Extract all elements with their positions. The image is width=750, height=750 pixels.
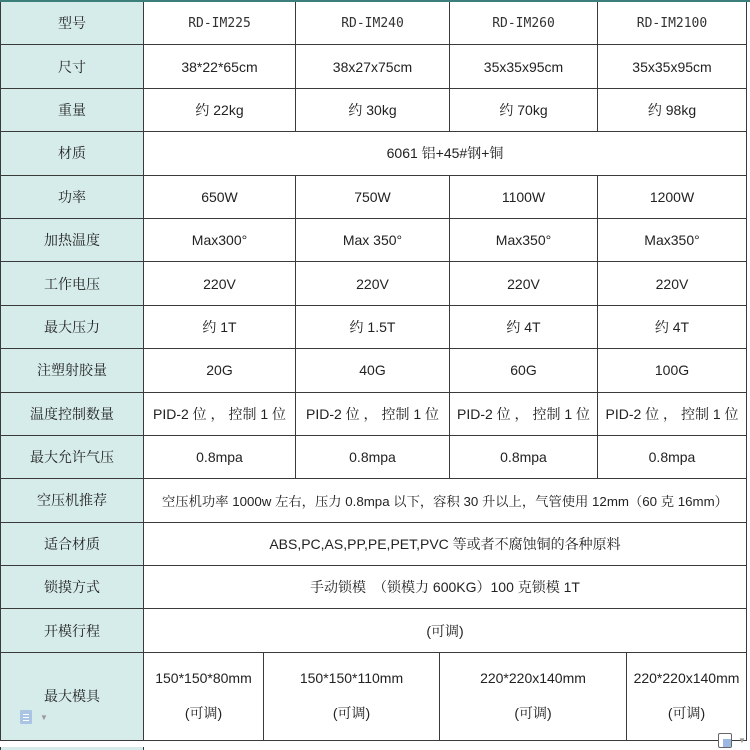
- row-label: 型号: [0, 2, 144, 44]
- value-cell: 0.8mpa: [450, 436, 598, 478]
- value-cell: 20G: [144, 349, 296, 391]
- table-row-power: 功率 650W 750W 1100W 1200W: [0, 176, 747, 219]
- value-cell: 60G: [450, 349, 598, 391]
- table-row-mold-stroke: 开模行程 (可调): [0, 609, 747, 652]
- table-row-voltage: 工作电压 220V 220V 220V 220V: [0, 262, 747, 305]
- model-cell: RD-IM240: [296, 2, 450, 44]
- row-label: 最大压力: [0, 306, 144, 348]
- table-row-suitable-materials: 适合材质 ABS,PC,AS,PP,PE,PET,PVC 等或者不腐蚀铜的各种原…: [0, 523, 747, 566]
- value-cell: 0.8mpa: [598, 436, 747, 478]
- mold-cell: 220*220x140mm (可调): [627, 653, 747, 740]
- model-cell: RD-IM260: [450, 2, 598, 44]
- value-cell: 约 4T: [598, 306, 747, 348]
- value-cell: 约 1T: [144, 306, 296, 348]
- table-row-heating-temp: 加热温度 Max300° Max 350° Max350° Max350°: [0, 219, 747, 262]
- mold-note: (可调): [333, 703, 370, 723]
- row-label: 适合材质: [0, 523, 144, 565]
- value-cell: Max300°: [144, 219, 296, 261]
- mold-size: 220*220x140mm: [480, 670, 586, 686]
- value-cell: 750W: [296, 176, 450, 218]
- value-cell: Max350°: [450, 219, 598, 261]
- row-label: 注塑射胶量: [0, 349, 144, 391]
- row-label: 锁摸方式: [0, 566, 144, 608]
- value-cell: 1200W: [598, 176, 747, 218]
- value-cell: 220V: [144, 262, 296, 304]
- value-cell: 40G: [296, 349, 450, 391]
- value-cell: 35x35x95cm: [450, 45, 598, 87]
- row-label: 最大模具: [0, 653, 144, 740]
- row-label: 重量: [0, 89, 144, 131]
- mold-size: 150*150*80mm: [155, 670, 252, 686]
- document-options-icon[interactable]: [20, 710, 32, 724]
- value-cell: PID-2 位 ， 控制 1 位: [144, 393, 296, 435]
- span-value-cell: 空压机功率 1000w 左右，压力 0.8mpa 以下，容积 30 升以上，气管…: [144, 479, 747, 521]
- value-cell: 38*22*65cm: [144, 45, 296, 87]
- table-row-model: 型号 RD-IM225 RD-IM240 RD-IM260 RD-IM2100: [0, 2, 747, 45]
- table-row-shot-volume: 注塑射胶量 20G 40G 60G 100G: [0, 349, 747, 392]
- value-cell: PID-2 位 ， 控制 1 位: [450, 393, 598, 435]
- mold-size: 150*150*110mm: [300, 670, 403, 686]
- value-cell: 约 70kg: [450, 89, 598, 131]
- spec-table: 型号 RD-IM225 RD-IM240 RD-IM260 RD-IM2100 …: [0, 2, 747, 741]
- mold-cell: 220*220x140mm (可调): [440, 653, 627, 740]
- row-label: 最大允许气压: [0, 436, 144, 478]
- value-cell: 约 1.5T: [296, 306, 450, 348]
- table-row-weight: 重量 约 22kg 约 30kg 约 70kg 约 98kg: [0, 89, 747, 132]
- mold-note: (可调): [185, 703, 222, 723]
- mold-cell: 150*150*80mm (可调): [144, 653, 264, 740]
- table-row-max-mold: 最大模具 150*150*80mm (可调) 150*150*110mm (可调…: [0, 653, 747, 741]
- span-value-cell: 手动锁模 （锁模力 600KG）100 克锁模 1T: [144, 566, 747, 608]
- row-label: 开模行程: [0, 609, 144, 651]
- value-cell: PID-2 位 ， 控制 1 位: [296, 393, 450, 435]
- value-cell: 650W: [144, 176, 296, 218]
- table-row-temp-control: 温度控制数量 PID-2 位 ， 控制 1 位 PID-2 位 ， 控制 1 位…: [0, 393, 747, 436]
- row-label: 加热温度: [0, 219, 144, 261]
- value-cell: 35x35x95cm: [598, 45, 747, 87]
- value-cell: Max 350°: [296, 219, 450, 261]
- row-label: 材质: [0, 132, 144, 174]
- model-cell: RD-IM2100: [598, 2, 747, 44]
- value-cell: 220V: [598, 262, 747, 304]
- span-value-cell: 6061 铝+45#钢+铜: [144, 132, 747, 174]
- mold-size: 220*220x140mm: [634, 670, 740, 686]
- row-label: 工作电压: [0, 262, 144, 304]
- mold-note: (可调): [668, 703, 705, 723]
- value-cell: PID-2 位 ， 控制 1 位: [598, 393, 747, 435]
- value-cell: 0.8mpa: [144, 436, 296, 478]
- span-value-cell: (可调): [144, 609, 747, 651]
- row-label: 温度控制数量: [0, 393, 144, 435]
- mold-note: (可调): [514, 703, 551, 723]
- row-label: 功率: [0, 176, 144, 218]
- value-cell: 38x27x75cm: [296, 45, 450, 87]
- value-cell: 100G: [598, 349, 747, 391]
- row-label: 空压机推荐: [0, 479, 144, 521]
- table-row-max-pressure: 最大压力 约 1T 约 1.5T 约 4T 约 4T: [0, 306, 747, 349]
- table-row-size: 尺寸 38*22*65cm 38x27x75cm 35x35x95cm 35x3…: [0, 45, 747, 88]
- table-row-lock-method: 锁摸方式 手动锁模 （锁模力 600KG）100 克锁模 1T: [0, 566, 747, 609]
- mold-cell: 150*150*110mm (可调): [264, 653, 440, 740]
- value-cell: 220V: [450, 262, 598, 304]
- value-cell: 1100W: [450, 176, 598, 218]
- paste-options-icon[interactable]: [718, 733, 732, 748]
- value-cell: 约 4T: [450, 306, 598, 348]
- value-cell: 0.8mpa: [296, 436, 450, 478]
- table-row-material: 材质 6061 铝+45#钢+铜: [0, 132, 747, 175]
- value-cell: 约 30kg: [296, 89, 450, 131]
- row-label: 尺寸: [0, 45, 144, 87]
- table-row-air-pressure: 最大允许气压 0.8mpa 0.8mpa 0.8mpa 0.8mpa: [0, 436, 747, 479]
- span-value-cell: ABS,PC,AS,PP,PE,PET,PVC 等或者不腐蚀铜的各种原料: [144, 523, 747, 565]
- value-cell: Max350°: [598, 219, 747, 261]
- model-cell: RD-IM225: [144, 2, 296, 44]
- chevron-down-icon[interactable]: ▼: [738, 736, 746, 745]
- table-row-compressor: 空压机推荐 空压机功率 1000w 左右，压力 0.8mpa 以下，容积 30 …: [0, 479, 747, 522]
- value-cell: 220V: [296, 262, 450, 304]
- value-cell: 约 22kg: [144, 89, 296, 131]
- value-cell: 约 98kg: [598, 89, 747, 131]
- chevron-down-icon[interactable]: ▼: [40, 713, 48, 722]
